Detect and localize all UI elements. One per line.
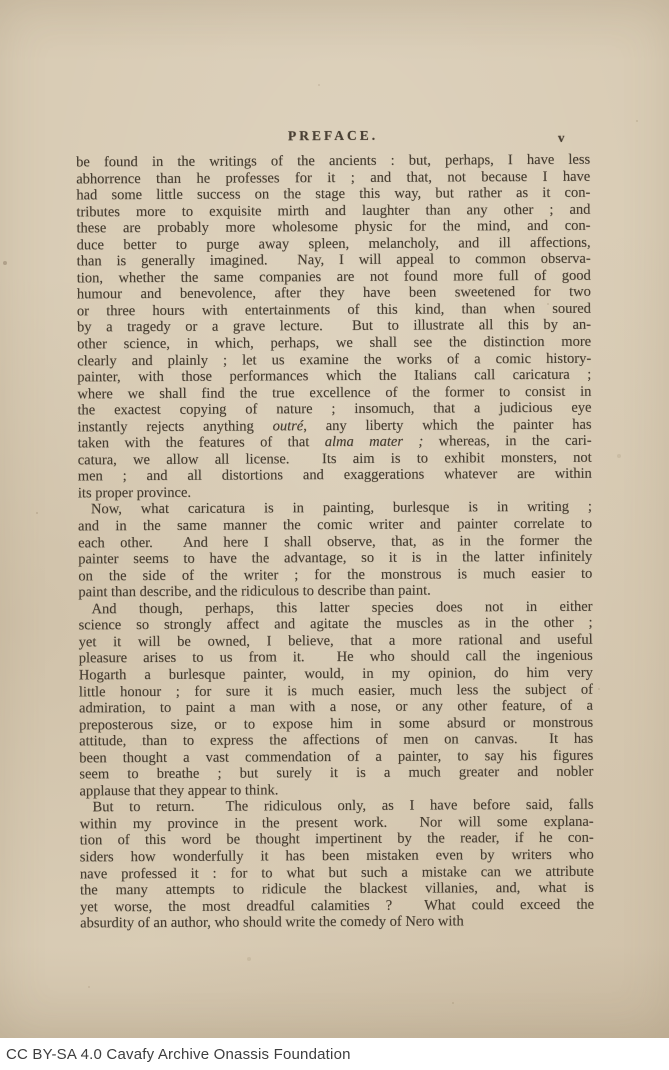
text-line: siders how wonderfully it has been mista…: [80, 847, 594, 866]
page-scan-content: PREFACE. v be found in the writings of t…: [0, 0, 669, 1040]
text-line: men ; and all distortions and exaggerati…: [78, 466, 592, 485]
text-line: seem to breathe ; but surely it is a muc…: [79, 764, 593, 783]
running-head: PREFACE. v: [76, 127, 590, 150]
license-bar: CC BY-SA 4.0 Cavafy Archive Onassis Foun…: [0, 1038, 669, 1070]
book-page-paper: PREFACE. v be found in the writings of t…: [0, 0, 669, 1038]
text-line: be found in the writings of the ancients…: [76, 152, 590, 171]
license-text: CC BY-SA 4.0 Cavafy Archive Onassis Foun…: [6, 1046, 351, 1063]
text-line: Hogarth a burlesque painter, would, in m…: [79, 665, 593, 684]
text-line: and in the same manner the comic writer …: [78, 516, 592, 535]
text-line: yet worse, the most dreadful calamities …: [80, 896, 594, 915]
body-text: be found in the writings of the ancients…: [76, 152, 594, 932]
text-line: on the side of the writer ; for the mons…: [78, 565, 592, 584]
text-line: other science, in which, perhaps, we sha…: [77, 334, 591, 353]
text-line: absurdity of an author, who should write…: [80, 913, 594, 932]
page-number: v: [558, 130, 565, 146]
scanned-book-page-screenshot: PREFACE. v be found in the writings of t…: [0, 0, 669, 1070]
running-title: PREFACE.: [76, 127, 590, 146]
